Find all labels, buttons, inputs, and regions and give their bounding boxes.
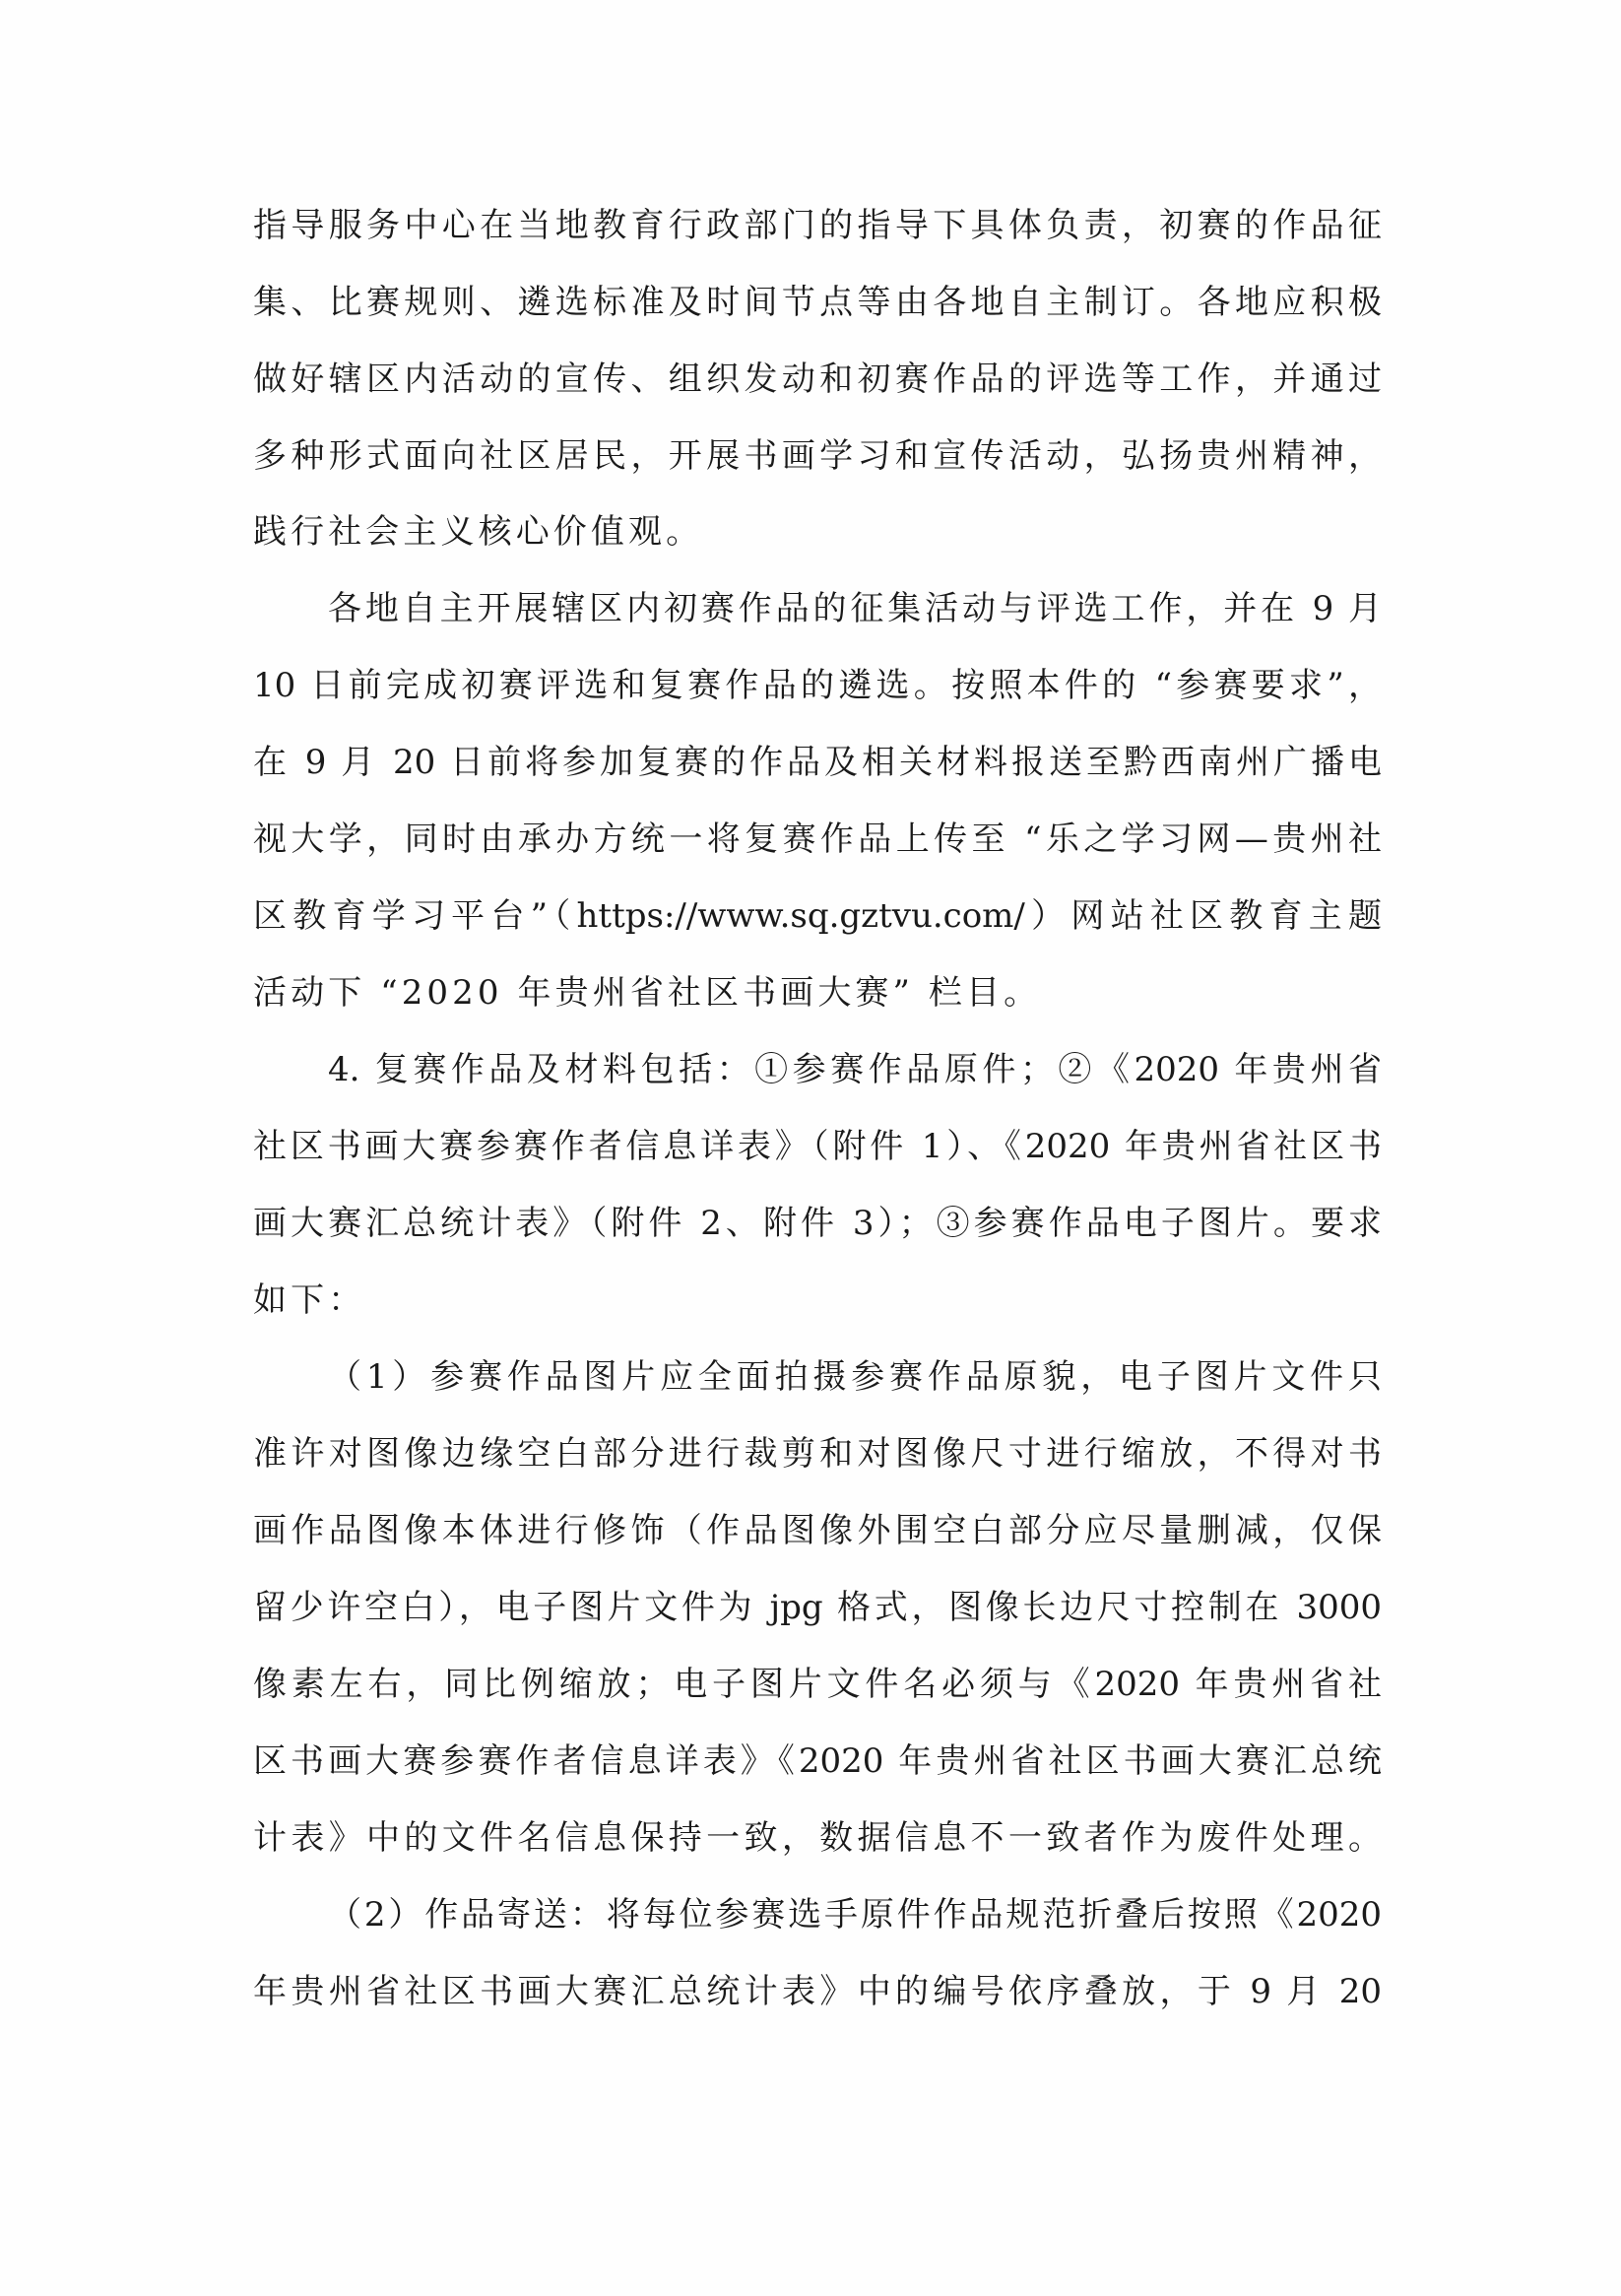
text-line: （1）参赛作品图片应全面拍摄参赛作品原貌，电子图片文件只 bbox=[328, 1355, 1382, 1399]
text-line: 留少许空白），电子图片文件为 jpg 格式，图像长边尺寸控制在 3000 bbox=[253, 1586, 1382, 1629]
text-line: 践行社会主义核心价值观。 bbox=[253, 510, 1382, 554]
text-line: 社区书画大赛参赛作者信息详表》（附件 1）、《2020 年贵州省社区书 bbox=[253, 1125, 1382, 1168]
text-line: 像素左右，同比例缩放；电子图片文件名必须与《2020 年贵州省社 bbox=[253, 1663, 1382, 1706]
text-line: 10 日前完成初赛评选和复赛作品的遴选。按照本件的 “参赛要求”， bbox=[253, 664, 1382, 707]
text-line: 画大赛汇总统计表》（附件 2、附件 3）；③参赛作品电子图片。要求 bbox=[253, 1202, 1382, 1245]
text-line: 多种形式面向社区居民，开展书画学习和宣传活动，弘扬贵州精神， bbox=[253, 434, 1382, 478]
document-page: 指导服务中心在当地教育行政部门的指导下具体负责，初赛的作品征 集、比赛规则、遴选… bbox=[0, 0, 1621, 2296]
text-line: 区书画大赛参赛作者信息详表》《2020 年贵州省社区书画大赛汇总统 bbox=[253, 1739, 1382, 1783]
text-line: 准许对图像边缘空白部分进行裁剪和对图像尺寸进行缩放，不得对书 bbox=[253, 1432, 1382, 1476]
text-line: 活动下 “2020 年贵州省社区书画大赛” 栏目。 bbox=[253, 971, 1382, 1015]
text-line: 年贵州省社区书画大赛汇总统计表》中的编号依序叠放，于 9 月 20 bbox=[253, 1970, 1382, 2013]
text-line: 在 9 月 20 日前将参加复赛的作品及相关材料报送至黔西南州广播电 bbox=[253, 741, 1382, 784]
text-line: 计表》中的文件名信息保持一致，数据信息不一致者作为废件处理。 bbox=[253, 1816, 1382, 1860]
text-line: 视大学，同时由承办方统一将复赛作品上传至 “乐之学习网—贵州社 bbox=[253, 818, 1382, 861]
text-line: 做好辖区内活动的宣传、组织发动和初赛作品的评选等工作，并通过 bbox=[253, 358, 1382, 401]
text-line: （2）作品寄送：将每位参赛选手原件作品规范折叠后按照《2020 bbox=[328, 1893, 1382, 1936]
text-line: 区教育学习平台”（https://www.sq.gztvu.com/）网站社区教… bbox=[253, 894, 1382, 938]
text-line: 画作品图像本体进行修饰（作品图像外围空白部分应尽量删减，仅保 bbox=[253, 1509, 1382, 1552]
text-line: 指导服务中心在当地教育行政部门的指导下具体负责，初赛的作品征 bbox=[253, 204, 1382, 247]
text-line: 4. 复赛作品及材料包括：①参赛作品原件；②《2020 年贵州省 bbox=[328, 1048, 1382, 1091]
text-line: 集、比赛规则、遴选标准及时间节点等由各地自主制订。各地应积极 bbox=[253, 281, 1382, 324]
text-line: 各地自主开展辖区内初赛作品的征集活动与评选工作，并在 9 月 bbox=[328, 587, 1382, 630]
text-line: 如下： bbox=[253, 1279, 1382, 1322]
